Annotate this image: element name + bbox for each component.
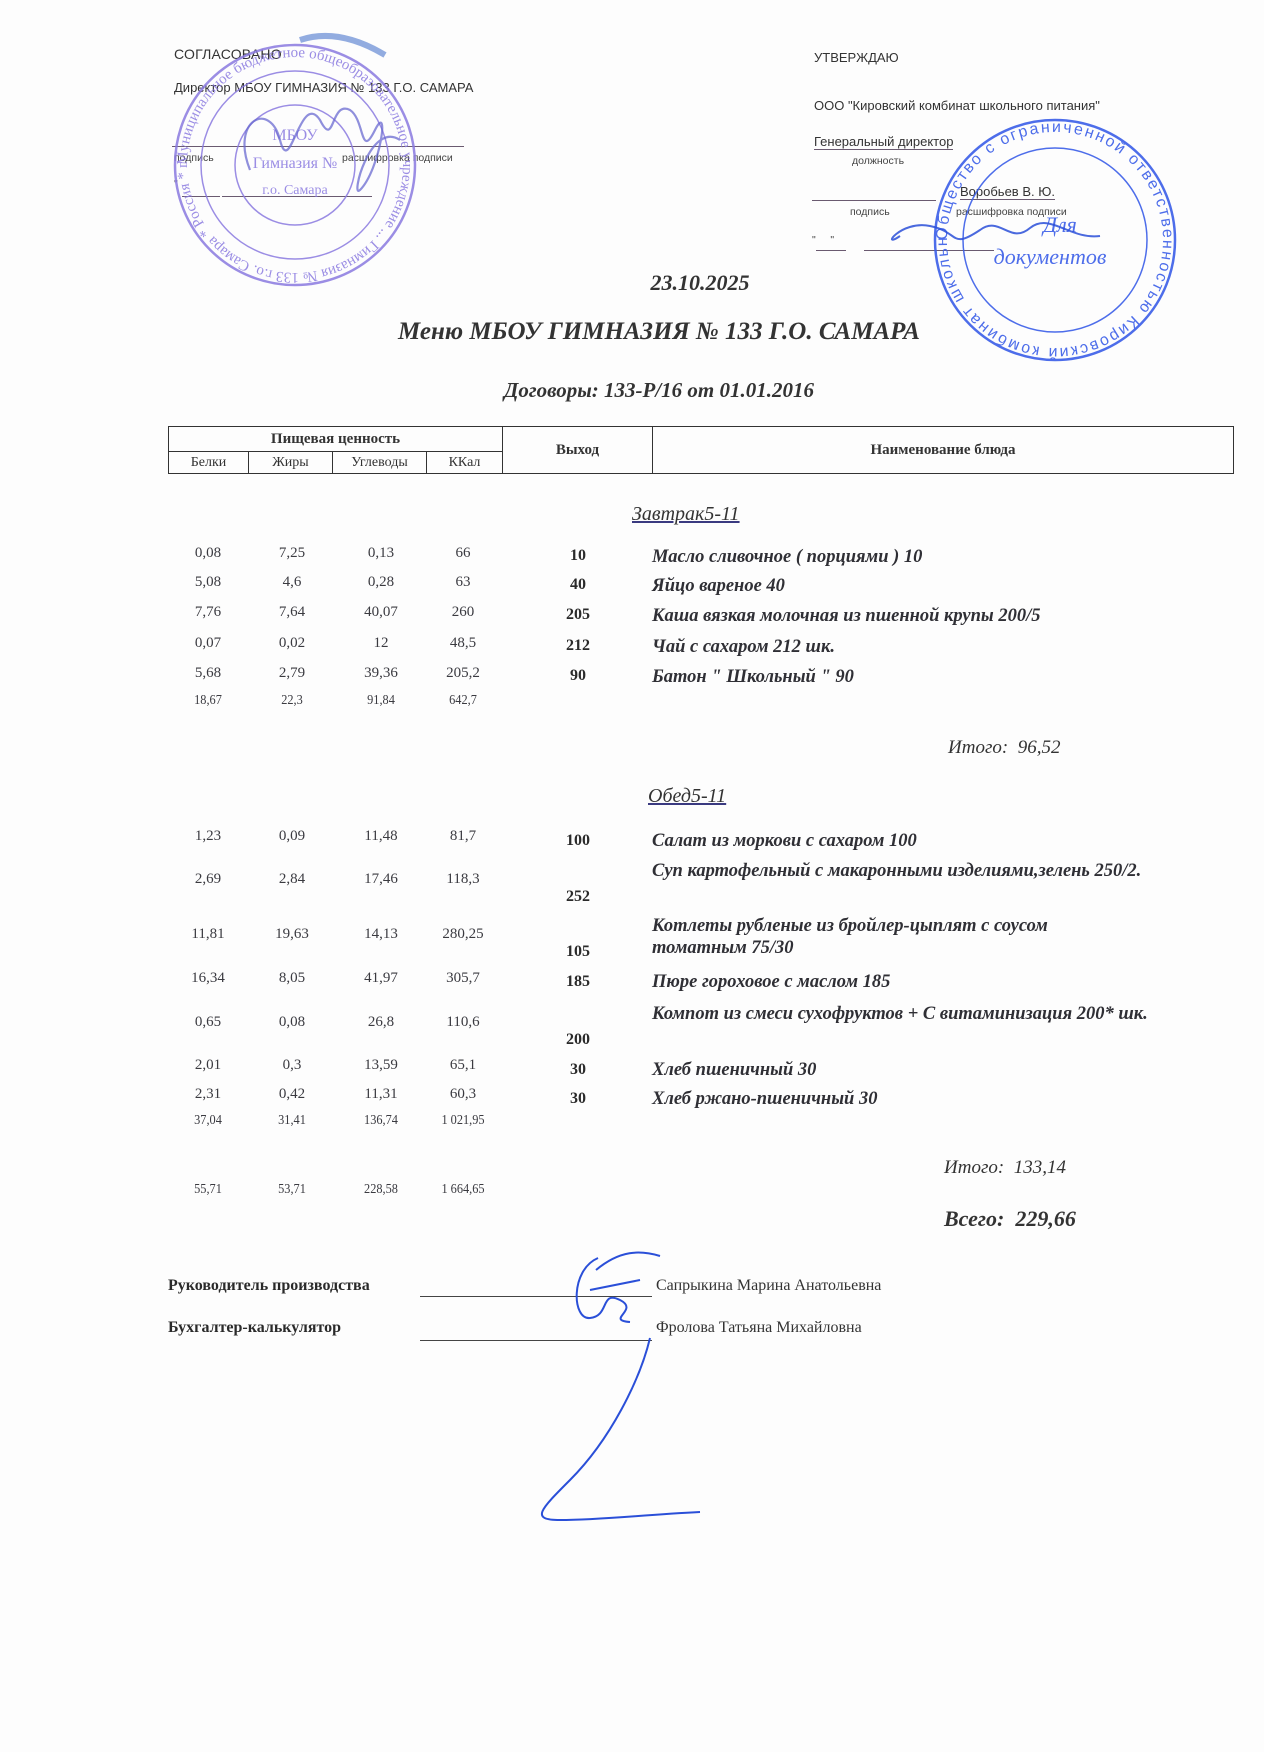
- carbs-value: 14,13: [346, 926, 416, 943]
- decode-caption: расшифровка подписи: [956, 206, 1067, 218]
- carbs-value: 40,07: [346, 604, 416, 621]
- document-date: 23.10.2025: [0, 270, 1264, 296]
- carbs-value: 11,48: [346, 828, 416, 845]
- fat-total: 22,3: [261, 693, 323, 709]
- dish-name: Котлеты рубленые из бройлер-цыплят с соу…: [652, 915, 1132, 959]
- itogo-value: 96,52: [1018, 737, 1061, 758]
- yield-value: 100: [538, 832, 618, 850]
- school-stamp-icon: Муниципальное бюджетное общеобразователь…: [0, 0, 415, 285]
- kcal-value: 205,2: [428, 665, 498, 682]
- protein-total: 18,67: [177, 693, 239, 709]
- date-month-line: [222, 196, 372, 197]
- stamp-center-line: Гимназия №: [253, 155, 338, 172]
- approval-right-organization: ООО "Кировский комбинат школьного питани…: [814, 98, 1100, 113]
- dish-name: Хлеб ржано-пшеничный 30: [652, 1088, 1212, 1110]
- carbs-value: 11,31: [346, 1086, 416, 1103]
- approval-right-position: Генеральный директор: [814, 134, 953, 150]
- kcal-value: 66: [428, 545, 498, 562]
- carbs-value: 12: [346, 635, 416, 652]
- kcal-value: 60,3: [428, 1086, 498, 1103]
- protein-value: 0,65: [173, 1014, 243, 1031]
- dish-name: Каша вязкая молочная из пшенной крупы 20…: [652, 605, 1212, 627]
- approval-left-heading: СОГЛАСОВАНО: [174, 46, 282, 62]
- carbs-total: 91,84: [350, 693, 412, 709]
- kcal-value: 118,3: [428, 871, 498, 888]
- carbs-value: 39,36: [346, 665, 416, 682]
- fat-total: 31,41: [261, 1113, 323, 1129]
- signature-line: [420, 1340, 652, 1341]
- date-quote: ": [174, 178, 178, 190]
- carbs-value: 13,59: [346, 1057, 416, 1074]
- carbs-total: 136,74: [350, 1113, 412, 1129]
- dish-name: Пюре гороховое с маслом 185: [652, 971, 1212, 993]
- dish-name: Масло сливочное ( порциями ) 10: [652, 546, 1212, 568]
- protein-value: 7,76: [173, 604, 243, 621]
- section-title-breakfast: Завтрак5-11: [632, 503, 740, 526]
- signature-caption: подпись: [850, 206, 890, 218]
- nutrition-group-header: Пищевая ценность: [169, 427, 503, 452]
- dish-name: Компот из смеси сухофруктов + С витамини…: [652, 1003, 1200, 1025]
- protein-value: 0,08: [173, 545, 243, 562]
- stamp-center-line: МБОУ: [272, 127, 318, 144]
- itogo-label: Итого:: [948, 737, 1008, 758]
- protein-value: 16,34: [173, 970, 243, 987]
- stamp-center-line: документов: [994, 244, 1107, 269]
- dish-name: Салат из моркови с сахаром 100: [652, 830, 1212, 852]
- fat-grand-total: 53,71: [261, 1182, 323, 1198]
- kcal-value: 280,25: [428, 926, 498, 943]
- carbs-grand-total: 228,58: [350, 1182, 412, 1198]
- yield-value: 205: [538, 606, 618, 624]
- yield-value: 212: [538, 637, 618, 655]
- protein-total: 37,04: [177, 1113, 239, 1129]
- carbs-header: Углеводы: [333, 452, 427, 474]
- approval-left-position: Директор МБОУ ГИМНАЗИЯ № 133 Г.О. САМАРА: [174, 80, 473, 95]
- section-itogo: Итого: 133,14: [944, 1157, 1066, 1179]
- protein-grand-total: 55,71: [177, 1182, 239, 1198]
- carbs-value: 0,13: [346, 545, 416, 562]
- fat-value: 4,6: [257, 574, 327, 591]
- position-caption: должность: [852, 155, 904, 167]
- yield-value: 40: [538, 576, 618, 594]
- kcal-value: 48,5: [428, 635, 498, 652]
- yield-value: 185: [538, 973, 618, 991]
- protein-value: 5,68: [173, 665, 243, 682]
- fat-header: Жиры: [249, 452, 333, 474]
- approval-right-name: Воробьев В. Ю.: [960, 184, 1055, 200]
- svg-text:Муниципальное бюджетное общеоб: Муниципальное бюджетное общеобразователь…: [0, 0, 415, 285]
- director-signature-icon: [244, 109, 400, 191]
- decode-caption: расшифровка подписи: [342, 152, 453, 164]
- protein-value: 11,81: [173, 926, 243, 943]
- carbs-value: 17,46: [346, 871, 416, 888]
- kcal-value: 81,7: [428, 828, 498, 845]
- grand-total-label: Всего:: [944, 1206, 1004, 1231]
- grand-total: Всего: 229,66: [944, 1206, 1076, 1232]
- stamp-ring-text: Муниципальное бюджетное общеобразователь…: [0, 0, 415, 285]
- fat-value: 8,05: [257, 970, 327, 987]
- menu-table-header: Пищевая ценность Выход Наименование блюд…: [168, 426, 1234, 474]
- kcal-value: 65,1: [428, 1057, 498, 1074]
- yield-value: 252: [538, 888, 618, 906]
- production-manager-signature-icon: [577, 1253, 660, 1322]
- fat-value: 7,64: [257, 604, 327, 621]
- signature-role-production: Руководитель производства: [168, 1277, 370, 1295]
- signature-role-accountant: Бухгалтер-калькулятор: [168, 1319, 341, 1337]
- protein-value: 0,07: [173, 635, 243, 652]
- signature-name-production: Сапрыкина Марина Анатольевна: [656, 1277, 881, 1295]
- kcal-value: 305,7: [428, 970, 498, 987]
- document-subtitle: Договоры: 133-Р/16 от 01.01.2016: [504, 378, 814, 403]
- dish-name: Чай с сахаром 212 шк.: [652, 636, 1212, 658]
- dish-name: Суп картофельный с макаронными изделиями…: [652, 860, 1200, 882]
- dish-name: Яйцо вареное 40: [652, 575, 1212, 597]
- yield-value: 30: [538, 1090, 618, 1108]
- fat-value: 7,25: [257, 545, 327, 562]
- document-title: Меню МБОУ ГИМНАЗИЯ № 133 Г.О. САМАРА: [398, 318, 920, 346]
- section-title-lunch: Обед5-11: [648, 785, 726, 808]
- dish-name: Хлеб пшеничный 30: [652, 1059, 1212, 1081]
- approval-right-heading: УТВЕРЖДАЮ: [814, 50, 899, 65]
- itogo-label: Итого:: [944, 1157, 1004, 1178]
- protein-header: Белки: [169, 452, 249, 474]
- signature-caption: подпись: [174, 152, 214, 164]
- kcal-grand-total: 1 664,65: [432, 1182, 494, 1198]
- fat-value: 0,09: [257, 828, 327, 845]
- grand-total-value: 229,66: [1015, 1206, 1076, 1231]
- kcal-total: 1 021,95: [432, 1113, 494, 1129]
- date-day-line: [182, 196, 220, 197]
- signature-name-accountant: Фролова Татьяна Михайловна: [656, 1319, 862, 1337]
- protein-value: 5,08: [173, 574, 243, 591]
- itogo-value: 133,14: [1014, 1157, 1066, 1178]
- fat-value: 2,84: [257, 871, 327, 888]
- fat-value: 0,3: [257, 1057, 327, 1074]
- carbs-value: 41,97: [346, 970, 416, 987]
- fat-value: 0,02: [257, 635, 327, 652]
- kcal-value: 110,6: [428, 1014, 498, 1031]
- signature-line: [420, 1296, 652, 1297]
- yield-value: 30: [538, 1061, 618, 1079]
- protein-value: 2,69: [173, 871, 243, 888]
- date-month-line: [864, 250, 994, 251]
- kcal-value: 63: [428, 574, 498, 591]
- fat-value: 0,08: [257, 1014, 327, 1031]
- accountant-signature-icon: [542, 1338, 700, 1520]
- dish-name: Батон " Школьный " 90: [652, 666, 1212, 688]
- yield-value: 200: [538, 1031, 618, 1049]
- yield-header: Выход: [503, 427, 653, 474]
- protein-value: 2,31: [173, 1086, 243, 1103]
- kcal-total: 642,7: [432, 693, 494, 709]
- protein-value: 1,23: [173, 828, 243, 845]
- fat-value: 19,63: [257, 926, 327, 943]
- fat-value: 0,42: [257, 1086, 327, 1103]
- carbs-value: 26,8: [346, 1014, 416, 1031]
- signature-line: [812, 200, 936, 201]
- kcal-header: ККал: [427, 452, 503, 474]
- signature-line: [172, 146, 464, 147]
- section-itogo: Итого: 96,52: [948, 737, 1060, 759]
- yield-value: 105: [538, 943, 618, 961]
- kcal-value: 260: [428, 604, 498, 621]
- yield-value: 10: [538, 547, 618, 565]
- carbs-value: 0,28: [346, 574, 416, 591]
- dish-name-header: Наименование блюда: [653, 427, 1234, 474]
- fat-value: 2,79: [257, 665, 327, 682]
- date-quotes: " ": [812, 234, 834, 246]
- general-director-signature-icon: [892, 223, 1100, 240]
- yield-value: 90: [538, 667, 618, 685]
- protein-value: 2,01: [173, 1057, 243, 1074]
- date-day-line: [816, 250, 846, 251]
